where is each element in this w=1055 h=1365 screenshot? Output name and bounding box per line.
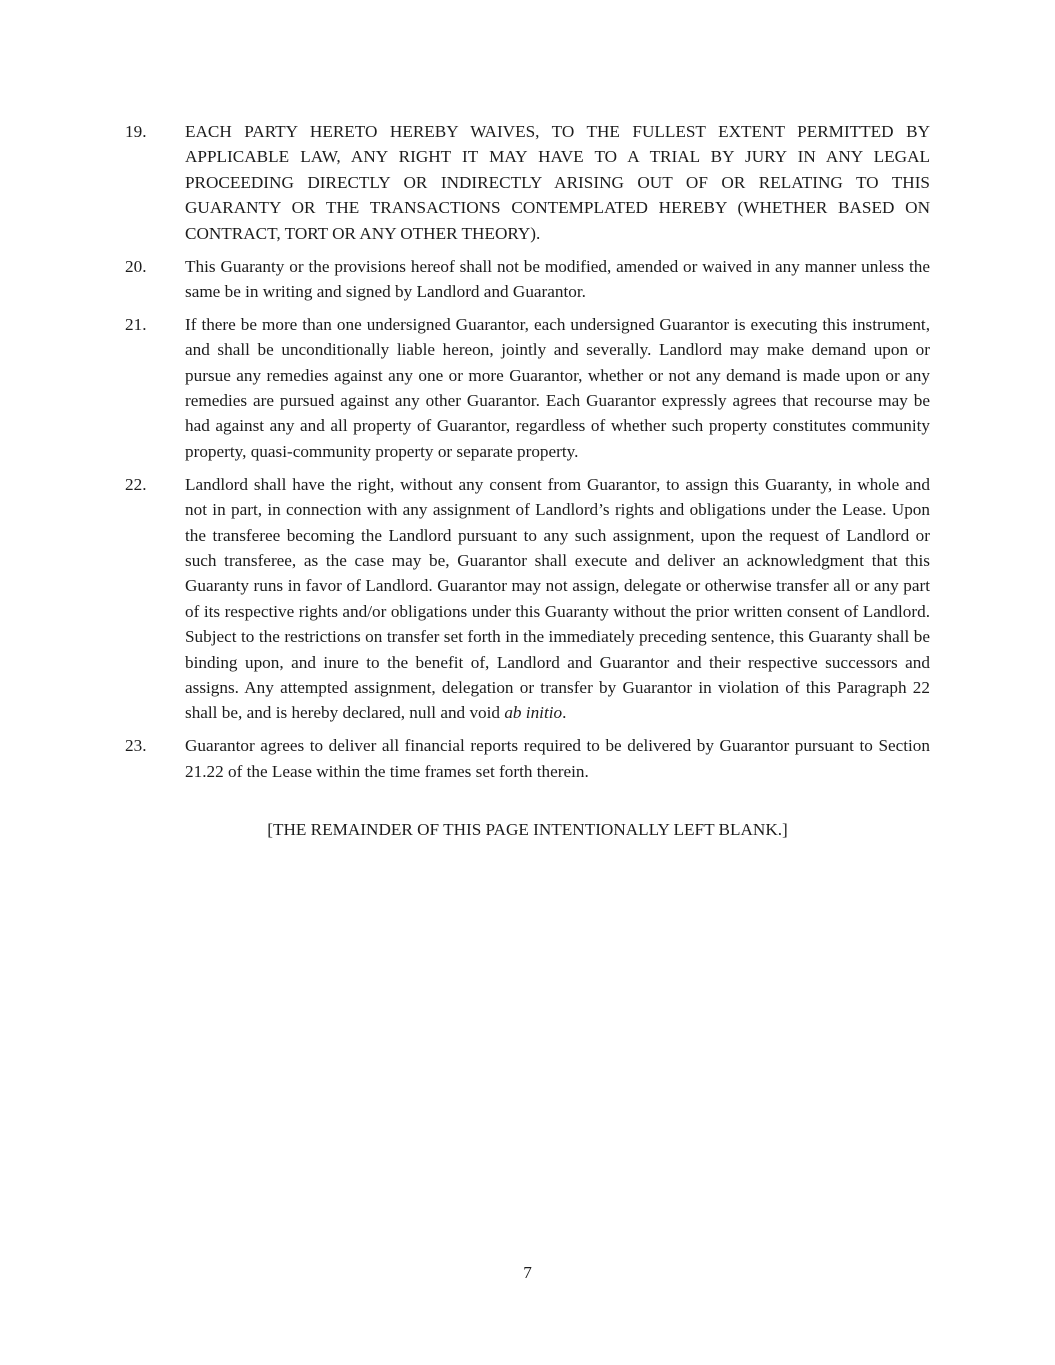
paragraph-20: 20. This Guaranty or the provisions here… [125, 254, 930, 305]
paragraph-21: 21. If there be more than one undersigne… [125, 312, 930, 464]
paragraph-text: This Guaranty or the provisions hereof s… [185, 257, 930, 301]
paragraph-number: 19. [125, 119, 146, 144]
paragraph-text: Guarantor agrees to deliver all financia… [185, 736, 930, 780]
paragraph-text-before-italic: Landlord shall have the right, without a… [185, 475, 930, 723]
paragraph-text: Landlord shall have the right, without a… [185, 475, 930, 723]
remainder-blank-notice: [THE REMAINDER OF THIS PAGE INTENTIONALL… [125, 817, 930, 842]
paragraph-19: 19. EACH PARTY HERETO HEREBY WAIVES, TO … [125, 119, 930, 246]
paragraph-text-after-italic: . [562, 703, 566, 722]
paragraph-number: 21. [125, 312, 146, 337]
paragraph-22: 22. Landlord shall have the right, witho… [125, 472, 930, 726]
paragraph-text: EACH PARTY HERETO HEREBY WAIVES, TO THE … [185, 122, 930, 243]
page-number: 7 [0, 1260, 1055, 1285]
paragraph-number: 22. [125, 472, 146, 497]
paragraph-text: If there be more than one undersigned Gu… [185, 315, 930, 461]
document-page: 19. EACH PARTY HERETO HEREBY WAIVES, TO … [0, 0, 1055, 1365]
paragraph-23: 23. Guarantor agrees to deliver all fina… [125, 733, 930, 784]
paragraph-number: 20. [125, 254, 146, 279]
italic-phrase: ab initio [504, 703, 562, 722]
paragraph-number: 23. [125, 733, 146, 758]
